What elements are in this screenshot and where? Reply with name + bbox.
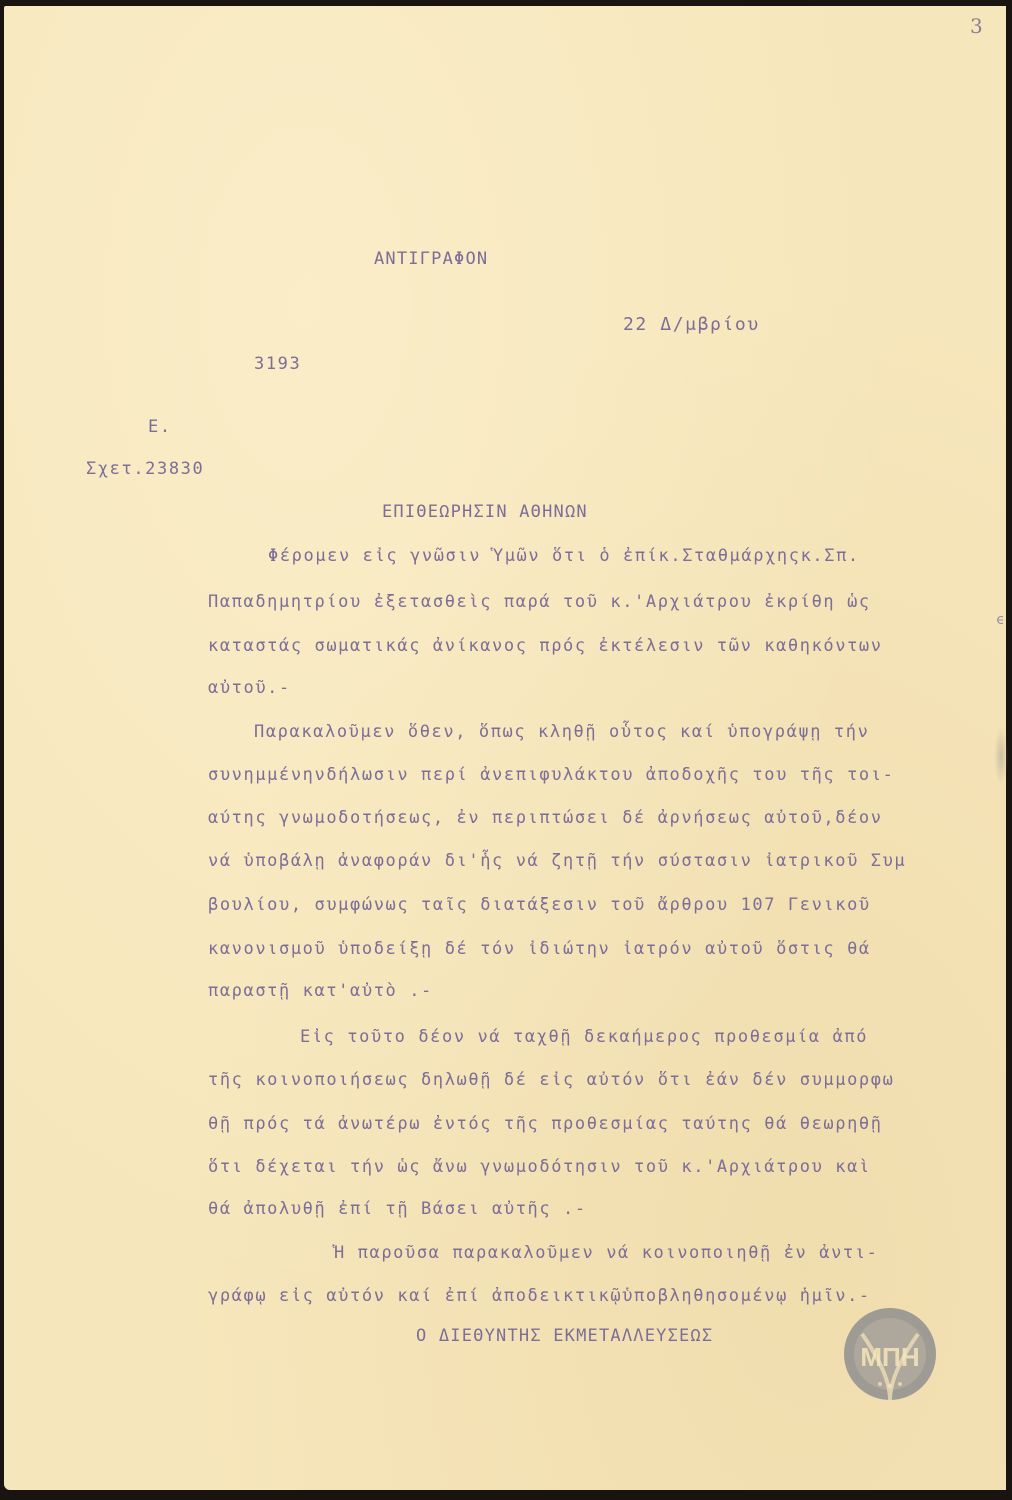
- body-line: Παρακαλοῦμεν ὅθεν, ὅπως κληθῇ οὗτος καί …: [254, 722, 869, 742]
- archive-stamp-icon: ΜΠΗ: [840, 1304, 940, 1404]
- body-line: Φέρομεν εἰς γνῶσιν Ὑμῶν ὅτι ὁ ἐπίκ.Σταθμ…: [268, 546, 860, 566]
- body-line: παραστῇ κατ'αὐτὸ .-: [208, 981, 433, 1001]
- margin-mark: ϵ: [996, 612, 1004, 628]
- protocol-number: 3193: [254, 354, 301, 374]
- reference-number: Σχετ.23830: [86, 459, 204, 479]
- body-line: τῆς κοινοποιήσεως δηλωθῇ δέ εἰς αὐτόν ὅτ…: [208, 1070, 894, 1090]
- document-date: 22 Δ/μβρίου: [623, 314, 760, 335]
- body-line: θά ἀπολυθῇ ἐπί τῇ Βάσει αὐτῆς .-: [208, 1199, 587, 1219]
- body-line: νά ὑποβάλῃ ἀναφοράν δι'ἧς νά ζητῇ τήν σύ…: [208, 851, 906, 871]
- body-line: αύτης γνωμοδοτήσεως, ἐν περιπτώσει δέ ἀρ…: [208, 808, 883, 828]
- page-number: 3: [970, 14, 983, 38]
- classification-mark: Ε.: [148, 417, 172, 437]
- body-line: καταστάς σωματικάς ἀνίκανος πρός ἐκτέλεσ…: [208, 636, 883, 656]
- stamp-label: ΜΠΗ: [860, 1342, 919, 1372]
- body-line: Παπαδημητρίου ἐξετασθεὶς παρά τοῦ κ.'Αρχ…: [208, 592, 871, 612]
- body-line: Εἰς τοῦτο δέον νά ταχθῇ δεκαήμερος προθε…: [300, 1027, 868, 1047]
- signature-line: Ο ΔΙΕΘΥΝΤΗΣ ΕΚΜΕΤΑΛΛΕΥΣΕΩΣ: [416, 1326, 713, 1346]
- body-line: ὅτι δέχεται τήν ὡς ἄνω γνωμοδότησιν τοῦ …: [208, 1157, 871, 1177]
- paper-smudge: [994, 726, 1008, 786]
- recipient-heading: ΕΠΙΘΕΩΡΗΣΙΝ ΑΘΗΝΩΝ: [382, 502, 588, 522]
- body-line: Ἡ παροῦσα παρακαλοῦμεν νά κοινοποιηθῇ ἐν…: [334, 1243, 878, 1263]
- body-line: βουλίου, συμφώνως ταῖς διατάξεσιν τοῦ ἄρ…: [208, 895, 871, 915]
- body-line: κανονισμοῦ ὑποδείξῃ δέ τόν ἰδιώτην ἰατρό…: [208, 939, 871, 959]
- body-line: συνημμένηνδήλωσιν περί ἀνεπιφυλάκτου ἀπο…: [208, 765, 894, 785]
- body-line: γράφῳ εἰς αὐτόν καί ἐπί ἀποδεικτικῷὑποβλ…: [208, 1286, 871, 1306]
- document-heading: ΑΝΤΙΓΡΑΦΟΝ: [374, 249, 488, 269]
- body-line: θῇ πρός τά ἀνωτέρω ἐντός τῆς προθεσμίας …: [208, 1114, 883, 1134]
- body-line: αὐτοῦ.-: [208, 678, 291, 698]
- scanned-document-page: 3 ΑΝΤΙΓΡΑΦΟΝ 22 Δ/μβρίου 3193 Ε. Σχετ.23…: [4, 6, 1006, 1490]
